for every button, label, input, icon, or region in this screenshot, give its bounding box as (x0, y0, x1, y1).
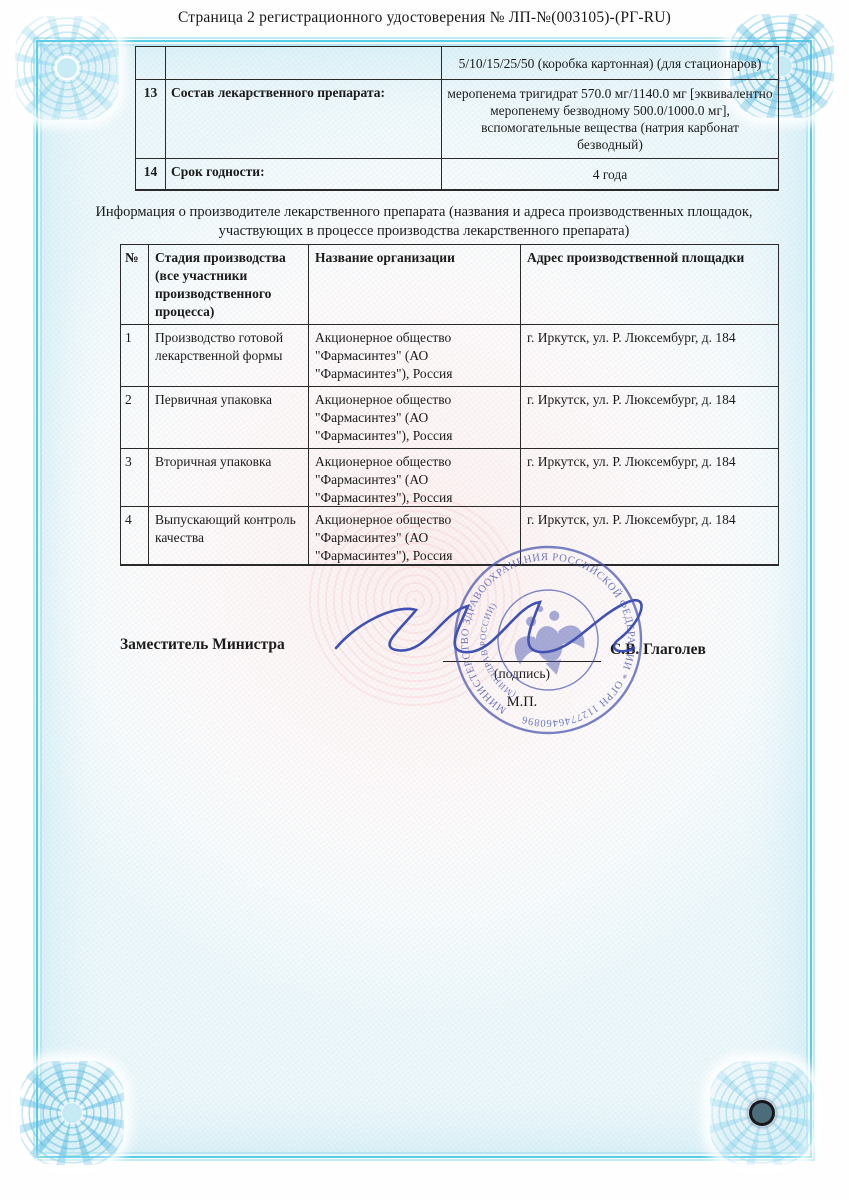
svg-text:(МИНЗДРАВ РОССИИ): (МИНЗДРАВ РОССИИ) (467, 599, 521, 705)
manu-row-2-stage: Первичная упаковка (149, 387, 309, 449)
drug-details-table: 5/10/15/25/50 (коробка картонная) (для с… (135, 46, 779, 191)
manu-row-3-num: 3 (121, 449, 149, 507)
manufacturer-table: № Стадия производства (все участники про… (120, 244, 779, 566)
manu-row-2-num: 2 (121, 387, 149, 449)
manu-row-1-organization: Акционерное общество "Фармасинтез" (АО "… (309, 325, 521, 387)
details-row-13-num: 13 (136, 80, 166, 159)
details-row-cont-label (166, 47, 442, 80)
details-row-cont-num (136, 47, 166, 80)
manu-row-2-organization: Акционерное общество "Фармасинтез" (АО "… (309, 387, 521, 449)
manu-row-1-address: г. Иркутск, ул. Р. Люксембург, д. 184 (521, 325, 779, 387)
manu-row-1-num: 1 (121, 325, 149, 387)
manu-row-2-address: г. Иркутск, ул. Р. Люксембург, д. 184 (521, 387, 779, 449)
manu-row-3-address: г. Иркутск, ул. Р. Люксембург, д. 184 (521, 449, 779, 507)
details-row-cont-value: 5/10/15/25/50 (коробка картонная) (для с… (442, 47, 779, 80)
manu-row-1-stage: Производство готовой лекарственной формы (149, 325, 309, 387)
manu-row-4-num: 4 (121, 507, 149, 565)
details-row-13-label: Состав лекарственного препарата: (166, 80, 442, 159)
page-header: Страница 2 регистрационного удостоверени… (0, 9, 849, 27)
details-row-14-num: 14 (136, 159, 166, 190)
manu-header-stage: Стадия производства (все участники произ… (149, 245, 309, 325)
seal-inner-text: (МИНЗДРАВ РОССИИ) (467, 599, 521, 705)
manu-row-3-organization: Акционерное общество "Фармасинтез" (АО "… (309, 449, 521, 507)
details-row-14-value: 4 года (442, 159, 779, 190)
manu-header-num: № (121, 245, 149, 325)
manu-header-address: Адрес производственной площадки (521, 245, 779, 325)
details-row-13-value: меропенема тригидрат 570.0 мг/1140.0 мг … (442, 80, 779, 159)
guilloche-rosette-top-left-icon (15, 16, 119, 120)
manu-row-3-stage: Вторичная упаковка (149, 449, 309, 507)
manu-row-4-stage: Выпускающий контроль качества (149, 507, 309, 565)
double-headed-eagle-emblem-icon (505, 598, 591, 684)
signatory-title: Заместитель Министра (120, 636, 285, 654)
details-row-14-label: Срок годности: (166, 159, 442, 190)
manu-header-organization: Название организации (309, 245, 521, 325)
guilloche-rosette-bottom-right-icon (710, 1061, 814, 1165)
punch-hole (749, 1100, 775, 1126)
manufacturer-info-intro: Информация о производителе лекарственног… (84, 203, 764, 241)
guilloche-rosette-bottom-left-icon (20, 1061, 124, 1165)
